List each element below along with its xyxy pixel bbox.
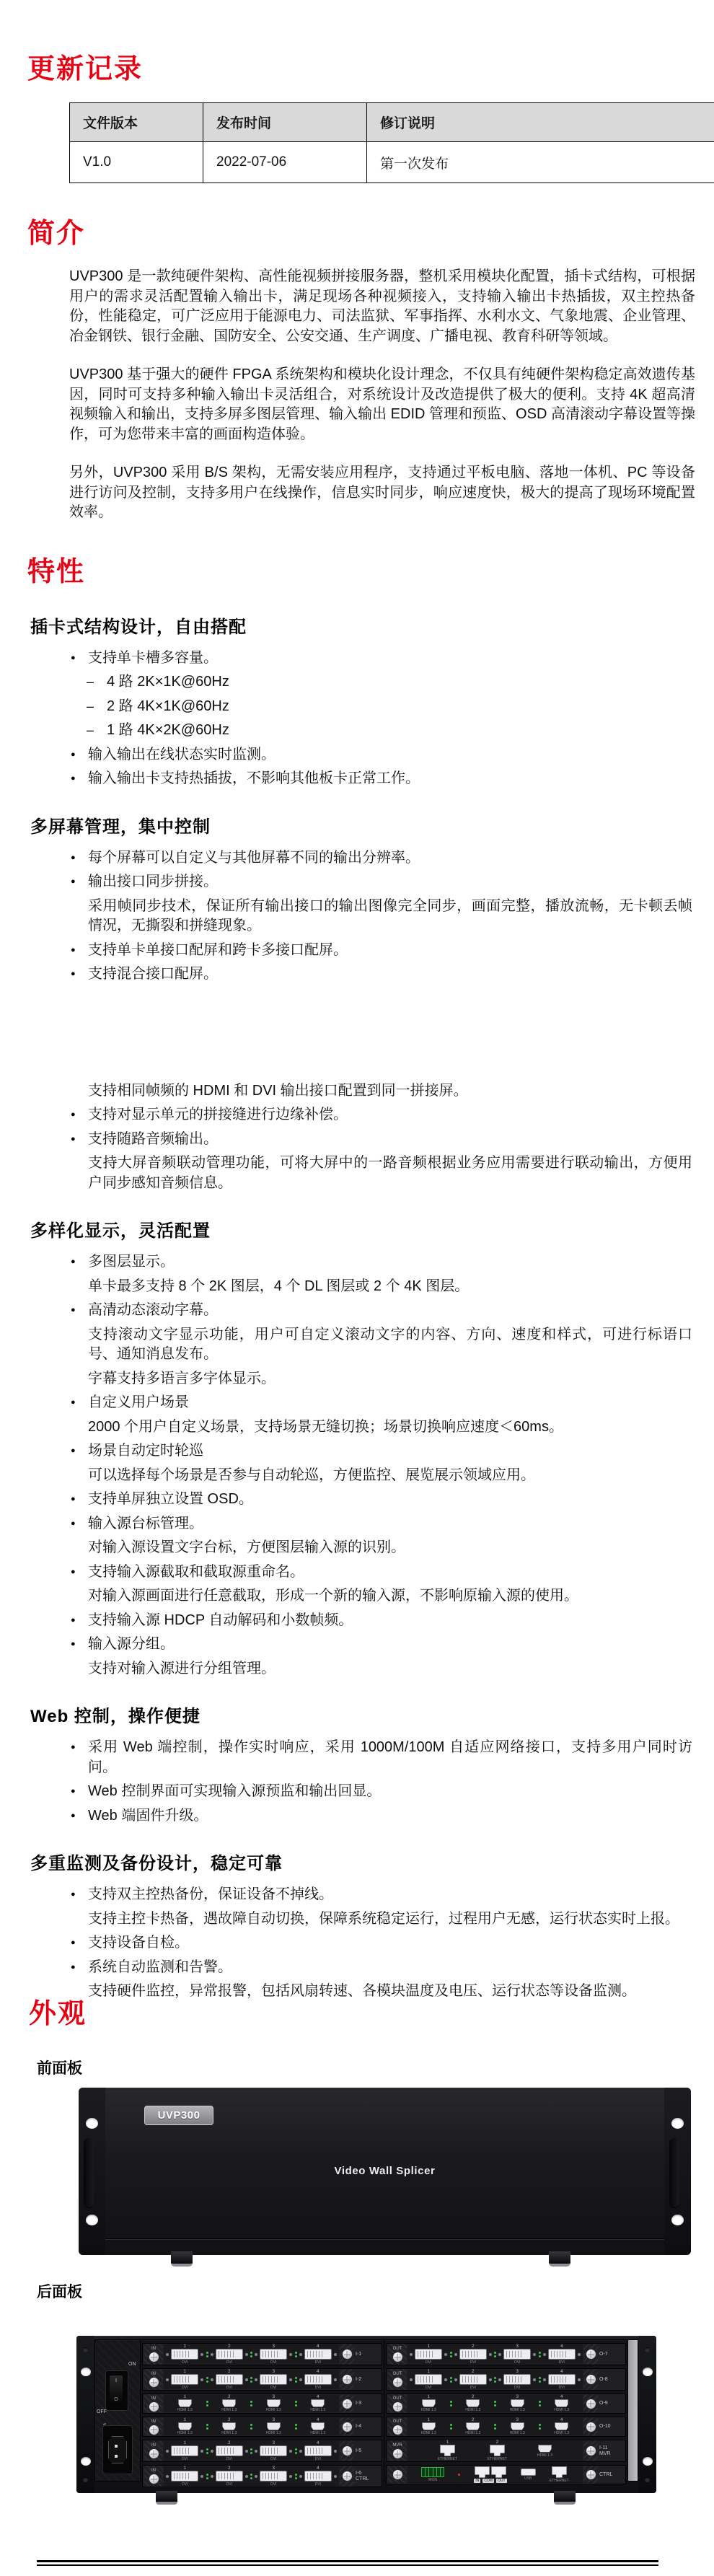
feature-item: 输入输出在线状态实时监测。 (88, 745, 692, 765)
status-led (206, 2352, 208, 2357)
status-led (539, 2352, 541, 2357)
feature-item: 2000 个用户自定义场景，支持场景无缝切换；场景切换响应速度＜60ms。 (88, 1417, 692, 1438)
feature-item: 4 路 2K×1K@60Hz (107, 672, 692, 693)
port: 2DVI (459, 2344, 487, 2365)
port: 3DVI (260, 2466, 287, 2487)
port: 1DVI (171, 2441, 198, 2461)
chassis-foot (171, 2251, 193, 2267)
dvi-port (304, 2374, 332, 2385)
ethernet-port (552, 2466, 567, 2478)
rack-ear-right (664, 2088, 691, 2255)
io-label-column: IN (144, 2369, 163, 2390)
feature-item: 支持主控卡热备，遇故障自动切换，保障系统稳定运行，过程用户无感，运行状态实时上报… (88, 1909, 692, 1930)
port: 4DVI (304, 2344, 332, 2365)
io-label-column: MVR (388, 2440, 407, 2461)
screw-hole (81, 2457, 91, 2466)
screw-hole (643, 2457, 653, 2466)
status-led (494, 2352, 496, 2357)
power-on-label: ON (128, 2362, 136, 2367)
screw-hole (81, 2368, 91, 2376)
output-card-column: OUT1DVI2DVI3DVI4DVIO-7OUT1DVI2DVI3DVI4DV… (384, 2340, 627, 2481)
hdmi-port (311, 2399, 325, 2407)
dvi-port (459, 2374, 487, 2385)
rear-slot-row: OUT1DVI2DVI3DVI4DVIO-7 (386, 2343, 626, 2365)
update-record-heading: 更新记录 (27, 52, 714, 87)
screw (83, 2477, 88, 2482)
hdmi-port (511, 2399, 524, 2407)
status-led (295, 2377, 297, 2383)
port: 2DVI (216, 2466, 243, 2487)
rear-slot-row: IN1DVI2DVI3DVI4DVII-1 (142, 2343, 382, 2365)
dvi-port (548, 2349, 576, 2360)
hdmi-port (511, 2422, 524, 2430)
thumbscrew (586, 2349, 596, 2359)
cell-release-date: 2022-07-06 (203, 142, 367, 183)
hdmi-port (422, 2422, 436, 2430)
status-led (206, 2448, 208, 2454)
front-panel-face: UVP300 Video Wall Splicer (105, 2090, 664, 2245)
feature-item: 输出接口同步拼接。 (88, 872, 692, 892)
screw-column (340, 2394, 354, 2413)
dvi-port (304, 2349, 332, 2360)
slot-label: O-9 (598, 2401, 624, 2406)
chassis-foot (549, 2251, 570, 2267)
port: 1ETHERNET (438, 2440, 457, 2461)
thumbscrew (393, 2425, 402, 2435)
status-led (450, 2377, 452, 2383)
hdmi-port (311, 2422, 325, 2430)
port: 2HDMI 1.3 (221, 2418, 237, 2435)
rear-panel-face: ON I O OFF 100-240V~ 50/60Hz 2.3A (94, 2339, 638, 2482)
status-led (250, 2474, 252, 2479)
card-face: 1DVI2DVI3DVI4DVI (164, 2344, 339, 2364)
thumbscrew (149, 2352, 159, 2362)
rear-panel-image: ON I O OFF 100-240V~ 50/60Hz 2.3A (76, 2336, 656, 2505)
hdmi-port (466, 2422, 480, 2430)
thumbscrew (586, 2375, 596, 2384)
hdmi-port (267, 2399, 281, 2407)
status-led (206, 2401, 208, 2406)
datasheet-page: 更新记录 文件版本 发布时间 修订说明 V1.0 2022-07-06 第一次发… (0, 0, 714, 2576)
section-appearance: 外观 前面板 UVP300 Video Wall Splicer (0, 1997, 714, 2031)
rear-slot-row: IN1DVI2DVI3DVI4DVII-2 (142, 2368, 382, 2391)
feature-item: 支持单屏独立设置 OSD。 (88, 1490, 692, 1510)
status-led (458, 2474, 460, 2476)
io-label-column: IN (144, 2344, 163, 2365)
thumbscrew (393, 2449, 402, 2458)
port: 2HDMI 1.3 (221, 2395, 237, 2412)
card-face: 1HDMI 1.32HDMI 1.33HDMI 1.34HDMI 1.3 (164, 2418, 339, 2435)
status-led (295, 2352, 297, 2357)
port: 3DVI (260, 2370, 287, 2390)
cell-revision-note: 第一次发布 (367, 142, 714, 183)
status-led (250, 2424, 252, 2430)
thumbscrew (586, 2470, 596, 2479)
chassis-edge-strip (627, 2340, 638, 2481)
port: HDMI 1.3 (537, 2445, 552, 2458)
thumbscrew (586, 2399, 596, 2409)
status-led (250, 2377, 252, 2383)
power-inlet (102, 2425, 133, 2474)
thumbscrew (343, 2399, 352, 2409)
port: 4HDMI 1.3 (554, 2395, 569, 2412)
card-face: 1DVI2DVI3DVI4DVI (164, 2370, 339, 2389)
status-led (539, 2424, 541, 2430)
feature-item: 输入源台标管理。 (88, 1514, 692, 1534)
thumbscrew (586, 2422, 596, 2432)
inlet-pin (115, 2455, 118, 2458)
feature-item: 采用 Web 端控制，操作实时响应，采用 1000M/100M 自适应网络接口，… (88, 1738, 692, 1777)
dvi-port (260, 2471, 287, 2482)
intro-paragraph: UVP300 基于强大的硬件 FPGA 系统架构和模块化设计理念，不仅具有纯硬件… (69, 365, 695, 444)
chassis-foot (156, 2491, 177, 2505)
dvi-port (216, 2471, 243, 2482)
slot-label: O-10 (598, 2424, 624, 2430)
screw-column (583, 2344, 598, 2365)
power-inlet-socket (108, 2436, 127, 2463)
feature-item: 支持单卡单接口配屏和跨卡多接口配屏。 (88, 941, 692, 961)
front-chassis: UVP300 Video Wall Splicer (79, 2088, 691, 2255)
thumbscrew (393, 2378, 402, 2387)
io-label-column: IN (144, 2440, 163, 2461)
feature-list: 支持单卡槽多容量。4 路 2K×1K@60Hz2 路 4K×1K@60Hz1 路… (0, 649, 714, 789)
front-handle (84, 2138, 94, 2207)
thumbscrew (149, 2449, 159, 2458)
terminal-block (421, 2467, 444, 2477)
feature-subheading: Web 控制，操作便捷 (30, 1705, 714, 1728)
power-area: ON I O OFF 100-240V~ 50/60Hz 2.3A (95, 2340, 141, 2481)
section-update-record: 更新记录 文件版本 发布时间 修订说明 V1.0 2022-07-06 第一次发… (0, 0, 714, 183)
thumbscrew (393, 2352, 402, 2362)
io-label-column: OUT (388, 2369, 407, 2390)
status-led (494, 2377, 496, 2383)
feature-item: 2 路 4K×1K@60Hz (107, 697, 692, 717)
feature-item: 支持对输入源进行分组管理。 (88, 1659, 692, 1679)
rear-slot-row: IN1HDMI 1.32HDMI 1.33HDMI 1.34HDMI 1.3I-… (142, 2417, 382, 2437)
rear-slot-row: MONINCOMOUTUSBETHERNETCTRL (386, 2465, 626, 2484)
slot-label: I-11MVR (598, 2445, 624, 2457)
feature-item: 采用帧同步技术，保证所有输出接口的输出图像完全同步，画面完整，播放流畅，无卡顿丢… (88, 897, 692, 936)
io-label-column (388, 2466, 407, 2484)
io-label-column: OUT (388, 2344, 407, 2365)
screw-column (340, 2466, 354, 2487)
card-face: 1DVI2DVI3DVI4DVI (407, 2370, 583, 2389)
thumbscrew (343, 2349, 352, 2359)
dvi-port (171, 2374, 198, 2385)
feature-item: 输入源分组。 (88, 1635, 692, 1655)
power-switch: I O (105, 2370, 128, 2411)
feature-item: 支持输入源截取和截取源重命名。 (88, 1562, 692, 1583)
rear-slot-row: MVR1ETHERNET2ETHERNETHDMI 1.3I-11MVR (386, 2440, 626, 2462)
thumbscrew (149, 2402, 159, 2412)
port: 4DVI (304, 2370, 332, 2390)
port: 4DVI (304, 2441, 332, 2461)
rack-ear-right (638, 2336, 656, 2493)
feature-item: 高清动态滚动字幕。 (88, 1301, 692, 1321)
dvi-port (260, 2374, 287, 2385)
screw (645, 2347, 650, 2352)
features-heading: 特性 (27, 555, 714, 589)
hdmi-port (267, 2422, 281, 2430)
status-led (494, 2401, 496, 2406)
dvi-port (459, 2349, 487, 2360)
thumbscrew (149, 2378, 159, 2387)
port: 2DVI (216, 2441, 243, 2461)
feature-list: 每个屏幕可以自定义与其他屏幕不同的输出分辨率。输出接口同步拼接。采用帧同步技术，… (0, 848, 714, 985)
port: 1DVI (171, 2344, 198, 2365)
rj45-group: INCOMOUT (474, 2466, 506, 2483)
table-header-row: 文件版本 发布时间 修订说明 (70, 103, 714, 142)
slot-label: I-4 (354, 2424, 380, 2430)
header-release-date: 发布时间 (203, 103, 367, 142)
port: 1HDMI 1.3 (421, 2395, 436, 2412)
card-face: 1HDMI 1.32HDMI 1.33HDMI 1.34HDMI 1.3 (407, 2418, 583, 2435)
screw-column (340, 2417, 354, 2436)
panel-seam (105, 2238, 664, 2239)
dvi-port (216, 2374, 243, 2385)
rear-slot-row: IN1DVI2DVI3DVI4DVII-6CTRL (142, 2465, 382, 2487)
header-revision-note: 修订说明 (367, 103, 714, 142)
feature-item: Web 端固件升级。 (88, 1806, 692, 1827)
front-panel-image: UVP300 Video Wall Splicer (79, 2088, 691, 2267)
section-intro: 简介 UVP300 是一款纯硬件架构、高性能视频拼接服务器，整机采用模块化配置，… (0, 216, 714, 523)
feature-item: 1 路 4K×2K@60Hz (107, 721, 692, 741)
feature-item: 支持混合接口配屏。 (88, 964, 692, 985)
port: 2HDMI 1.3 (465, 2395, 480, 2412)
feature-item: 支持设备自检。 (88, 1933, 692, 1953)
chassis-foot (554, 2491, 576, 2505)
hdmi-port (178, 2399, 192, 2407)
feature-item: 对输入源设置文字台标，方便图层输入源的识别。 (88, 1538, 692, 1558)
dvi-port (260, 2349, 287, 2360)
port: MON (421, 2467, 444, 2482)
status-led (450, 2424, 452, 2430)
screw (83, 2347, 88, 2352)
status-led (539, 2401, 541, 2406)
status-led (206, 2377, 208, 2383)
switch-o-mark: O (110, 2397, 123, 2402)
feature-list: 采用 Web 端控制，操作实时响应，采用 1000M/100M 自适应网络接口，… (0, 1738, 714, 1826)
dvi-port (171, 2471, 198, 2482)
port: 2HDMI 1.3 (465, 2418, 480, 2435)
card-face: 1DVI2DVI3DVI4DVI (407, 2344, 583, 2364)
io-label-column: IN (144, 2417, 163, 2436)
section-features: 特性 插卡式结构设计，自由搭配 支持单卡槽多容量。4 路 2K×1K@60Hz2… (0, 555, 714, 2002)
slot-label: I-2 (354, 2377, 380, 2383)
screw-hole (86, 2118, 98, 2129)
thumbscrew (393, 2402, 402, 2412)
port: 1DVI (415, 2370, 442, 2390)
feature-item: 支持相同帧频的 HDMI 和 DVI 输出接口配置到同一拼接屏。 (88, 1081, 692, 1102)
feature-item: 单卡最多支持 8 个 2K 图层，4 个 DL 图层或 2 个 4K 图层。 (88, 1277, 692, 1297)
rear-slot-row: OUT1HDMI 1.32HDMI 1.33HDMI 1.34HDMI 1.3O… (386, 2393, 626, 2414)
rear-chassis: ON I O OFF 100-240V~ 50/60Hz 2.3A (76, 2336, 656, 2493)
io-label-column: IN (144, 2394, 163, 2413)
intro-paragraph: 另外，UVP300 采用 B/S 架构，无需安装应用程序，支持通过平板电脑、落地… (69, 463, 695, 523)
thumbscrew (586, 2446, 596, 2456)
thumbscrew (343, 2446, 352, 2456)
io-label-column: OUT (388, 2394, 407, 2413)
thumbscrew (393, 2470, 402, 2479)
thumbscrew (149, 2474, 159, 2484)
feature-item: 自定义用户场景 (88, 1393, 692, 1413)
front-panel-label: 前面板 (37, 2059, 82, 2079)
hdmi-port (555, 2422, 568, 2430)
appearance-heading: 外观 (29, 1997, 714, 2031)
port: 3DVI (503, 2370, 531, 2390)
screw-column (583, 2466, 598, 2484)
status-led (539, 2377, 541, 2383)
thumbscrew (149, 2425, 159, 2435)
rear-slot-row: OUT1DVI2DVI3DVI4DVIO-8 (386, 2368, 626, 2391)
port: 1HDMI 1.3 (421, 2418, 436, 2435)
hdmi-port (422, 2399, 436, 2407)
slot-label: I-5 (354, 2448, 380, 2454)
feature-subheading: 插卡式结构设计，自由搭配 (30, 615, 714, 639)
feature-item: 支持输入源 HDCP 自动解码和小数帧频。 (88, 1611, 692, 1631)
port: 3DVI (503, 2344, 531, 2365)
switch-i-mark: I (110, 2378, 123, 2383)
slot-label: I-1 (354, 2352, 380, 2357)
dvi-port (503, 2374, 531, 2385)
dvi-port (304, 2471, 332, 2482)
screw-hole (671, 2215, 684, 2225)
status-led (295, 2424, 297, 2430)
feature-subheading: 多重监测及备份设计，稳定可靠 (30, 1852, 714, 1876)
inlet-pin (115, 2445, 118, 2448)
card-face: MONINCOMOUTUSBETHERNET (407, 2466, 583, 2483)
page-break-gap (0, 989, 714, 1081)
feature-item: 对输入源画面进行任意截取，形成一个新的输入源，不影响原输入源的使用。 (88, 1586, 692, 1606)
port: 1DVI (171, 2370, 198, 2390)
screw-hole (671, 2118, 684, 2129)
screw-column (340, 2440, 354, 2461)
port: 1HDMI 1.3 (177, 2418, 193, 2435)
port: 2DVI (459, 2370, 487, 2390)
header-file-version: 文件版本 (70, 103, 203, 142)
dvi-port (304, 2445, 332, 2456)
port: 3HDMI 1.3 (266, 2395, 281, 2412)
footer-rule (37, 2560, 658, 2566)
rear-slot-row: IN1DVI2DVI3DVI4DVII-5 (142, 2440, 382, 2462)
cell-file-version: V1.0 (70, 142, 203, 183)
power-rocker: I O (110, 2375, 123, 2404)
status-led (206, 2424, 208, 2430)
hdmi-port (538, 2445, 552, 2453)
feature-item: 支持大屏音频联动管理功能，可将大屏中的一路音频根据业务应用需要进行联动输出，方便… (88, 1153, 692, 1193)
input-card-column: IN1DVI2DVI3DVI4DVII-1IN1DVI2DVI3DVI4DVII… (141, 2340, 384, 2481)
card-face: 1HDMI 1.32HDMI 1.33HDMI 1.34HDMI 1.3 (164, 2395, 339, 2412)
status-led (494, 2424, 496, 2430)
card-face: 1DVI2DVI3DVI4DVI (164, 2466, 339, 2486)
port: 4DVI (304, 2466, 332, 2487)
dvi-port (171, 2349, 198, 2360)
screw-hole (643, 2368, 653, 2376)
port: 3DVI (260, 2441, 287, 2461)
slot-label: O-8 (598, 2377, 624, 2383)
thumbscrew (343, 2471, 352, 2481)
port: 3HDMI 1.3 (510, 2395, 525, 2412)
feature-subheading: 多屏幕管理，集中控制 (30, 815, 714, 839)
feature-item: 输入输出卡支持热插拔，不影响其他板卡正常工作。 (88, 769, 692, 789)
hdmi-port (222, 2422, 236, 2430)
dvi-port (216, 2349, 243, 2360)
status-led (206, 2474, 208, 2479)
status-led (450, 2352, 452, 2357)
dvi-port (503, 2349, 531, 2360)
port: 4DVI (548, 2370, 576, 2390)
intro-heading: 简介 (27, 216, 714, 251)
port: ETHERNET (550, 2466, 569, 2483)
dvi-port (260, 2445, 287, 2456)
slot-label: CTRL (598, 2472, 624, 2478)
slot-label: O-7 (598, 2352, 624, 2357)
screw-column (583, 2417, 598, 2436)
status-led (295, 2474, 297, 2479)
screw-column (340, 2344, 354, 2365)
port: 4HDMI 1.3 (554, 2418, 569, 2435)
port: 4HDMI 1.3 (310, 2395, 325, 2412)
card-face: 1HDMI 1.32HDMI 1.33HDMI 1.34HDMI 1.3 (407, 2395, 583, 2412)
card-face: 1ETHERNET2ETHERNETHDMI 1.3 (407, 2441, 583, 2461)
slot-label: I-6CTRL (354, 2471, 380, 2482)
feature-list: 支持相同帧频的 HDMI 和 DVI 输出接口配置到同一拼接屏。支持对显示单元的… (0, 1081, 714, 1194)
feature-item: 场景自动定时轮巡 (88, 1441, 692, 1461)
rack-ear-left (79, 2088, 105, 2255)
feature-subheading: 多样化显示，灵活配置 (30, 1219, 714, 1243)
screw-column (583, 2440, 598, 2461)
power-off-label: OFF (97, 2409, 107, 2414)
dvi-port (415, 2349, 442, 2360)
status-led (450, 2401, 452, 2406)
card-face: 1DVI2DVI3DVI4DVI (164, 2441, 339, 2461)
feature-item: 支持对显示单元的拼接缝进行边缘补偿。 (88, 1105, 692, 1125)
hdmi-port (222, 2399, 236, 2407)
io-label-column: IN (144, 2466, 163, 2487)
screw-column (583, 2394, 598, 2413)
port: 1HDMI 1.3 (177, 2395, 193, 2412)
dvi-port (548, 2374, 576, 2385)
port: 3HDMI 1.3 (266, 2418, 281, 2435)
port: 4HDMI 1.3 (310, 2418, 325, 2435)
io-label-column: OUT (388, 2417, 407, 2436)
feature-item: 字幕支持多语言多字体显示。 (88, 1369, 692, 1389)
port: 2DVI (216, 2344, 243, 2365)
port: 2DVI (216, 2370, 243, 2390)
screw-column (340, 2369, 354, 2390)
hdmi-port (466, 2399, 480, 2407)
port: 3DVI (260, 2344, 287, 2365)
port: 1DVI (415, 2344, 442, 2365)
front-panel-title: Video Wall Splicer (105, 2165, 664, 2177)
dvi-port (216, 2445, 243, 2456)
port: 2ETHERNET (488, 2440, 507, 2461)
usb-port (521, 2469, 536, 2476)
front-handle (669, 2138, 679, 2207)
rear-slot-row: OUT1HDMI 1.32HDMI 1.33HDMI 1.34HDMI 1.3O… (386, 2417, 626, 2437)
feature-item: 可以选择每个场景是否参与自动轮巡，方便监控、展览展示领域应用。 (88, 1466, 692, 1486)
screw-column (583, 2369, 598, 2390)
status-led (250, 2352, 252, 2357)
port: 4DVI (548, 2344, 576, 2365)
thumbscrew (343, 2375, 352, 2384)
port: 1DVI (171, 2466, 198, 2487)
ethernet-port (440, 2445, 455, 2456)
status-led (250, 2448, 252, 2454)
port: 3HDMI 1.3 (510, 2418, 525, 2435)
ethernet-port (490, 2445, 505, 2456)
feature-item: 支持双主控热备份，保证设备不掉线。 (88, 1885, 692, 1905)
